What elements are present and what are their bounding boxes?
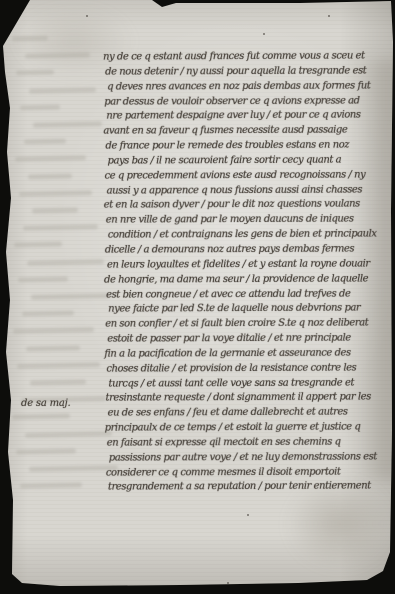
manuscript-line: pays bas / il ne scauroient faire sortir…	[107, 153, 393, 169]
manuscript-line: q deves nres avances en noz pais dembas …	[107, 79, 393, 95]
manuscript-line: de hongrie, ma dame ma seur / la provide…	[104, 272, 394, 288]
manuscript-line: avant en sa faveur q fusmes necessite au…	[103, 124, 393, 140]
bleedthrough-mark	[20, 104, 60, 110]
manuscript-line: est bien congneue / et avec ce attendu l…	[106, 287, 394, 303]
manuscript-line: choses ditalie / et provision de la resi…	[106, 361, 394, 377]
bleedthrough-mark	[25, 431, 112, 438]
manuscript-line: en nre ville de gand par le moyen daucun…	[106, 213, 394, 229]
bleedthrough-mark	[24, 139, 66, 145]
manuscript-line: dicelle / a demourans noz autres pays de…	[105, 242, 394, 258]
bleedthrough-mark	[12, 36, 48, 42]
bleedthrough-mark	[26, 345, 80, 351]
bleedthrough-mark	[15, 156, 86, 162]
ink-speck	[86, 15, 88, 17]
bleedthrough-mark	[12, 414, 70, 420]
manuscript-line: de france pour le remede des troubles es…	[105, 138, 393, 154]
manuscript-line: en leurs loyaultes et fidelites / et y e…	[107, 257, 394, 273]
bleedthrough-mark	[18, 276, 68, 282]
manuscript-photo: ny de ce q estant ausd frances fut comme…	[0, 0, 395, 594]
manuscript-line: par dessus de vouloir observer ce q avio…	[104, 94, 393, 110]
manuscript-line: eu de ses enfans / feu et dame dallebrec…	[108, 406, 395, 422]
bleedthrough-mark	[16, 448, 76, 454]
bleedthrough-mark	[23, 224, 98, 231]
manuscript-text-block: ny de ce q estant ausd frances fut comme…	[103, 49, 395, 496]
manuscript-line: ce q precedemment avions este ausd recog…	[105, 168, 394, 184]
ink-speck	[227, 582, 229, 584]
ink-speck	[263, 33, 265, 35]
manuscript-line: ny de ce q estant ausd frances fut comme…	[103, 49, 393, 65]
manuscript-line: fin a la pacification de la germanie et …	[104, 346, 394, 362]
manuscript-line: principaulx de ce temps / et estoit la g…	[105, 420, 395, 436]
bleedthrough-mark	[30, 379, 86, 385]
manuscript-line: nyee faicte par led S.te de laquelle nou…	[108, 302, 394, 318]
margin-note: de sa maj.	[21, 398, 71, 409]
bleedthrough-mark	[13, 328, 94, 335]
manuscript-line: tresgrandement a sa reputation / pour te…	[108, 480, 395, 496]
bleedthrough-mark	[16, 70, 54, 76]
manuscript-line: estoit de passer par la voye ditalie / e…	[107, 331, 394, 347]
bleedthrough-mark	[27, 259, 104, 266]
ink-speck	[328, 15, 330, 17]
bleedthrough-mark	[31, 293, 110, 300]
bleedthrough-mark	[32, 208, 78, 214]
bleedthrough-mark	[25, 53, 90, 59]
manuscript-line: de nous detenir / ny aussi pour aquella …	[105, 64, 393, 80]
manuscript-line: aussi y a apparence q nous fussions auss…	[107, 183, 394, 199]
manuscript-line: en faisant si expresse qil mectoit en se…	[107, 435, 395, 451]
manuscript-line: nre partement despaigne aver luy / et po…	[106, 109, 393, 125]
ink-speck	[247, 514, 249, 516]
bleedthrough-mark	[29, 87, 96, 93]
bleedthrough-mark	[20, 483, 82, 489]
bleedthrough-mark	[28, 173, 72, 179]
manuscript-line: condition / et contraignans les gens de …	[108, 227, 394, 243]
manuscript-line: tresinstante requeste / dont signamment …	[106, 391, 395, 407]
manuscript-line: en son confier / et si fault bien croire…	[105, 317, 394, 333]
manuscript-line: turcqs / et aussi tant celle voye sans s…	[108, 376, 394, 392]
bleedthrough-mark	[14, 242, 62, 248]
bleedthrough-mark	[22, 311, 74, 317]
bleedthrough-mark	[17, 362, 100, 369]
manuscript-paper-sheet: ny de ce q estant ausd frances fut comme…	[0, 0, 395, 594]
manuscript-line: passissions par autre voye / et ne luy d…	[109, 450, 395, 466]
manuscript-line: considerer ce q comme mesmes il disoit e…	[106, 465, 395, 481]
manuscript-line: et en la saison dyver / pour le dit noz …	[104, 198, 394, 214]
bleedthrough-mark	[33, 121, 102, 127]
bleedthrough-mark	[19, 190, 92, 197]
